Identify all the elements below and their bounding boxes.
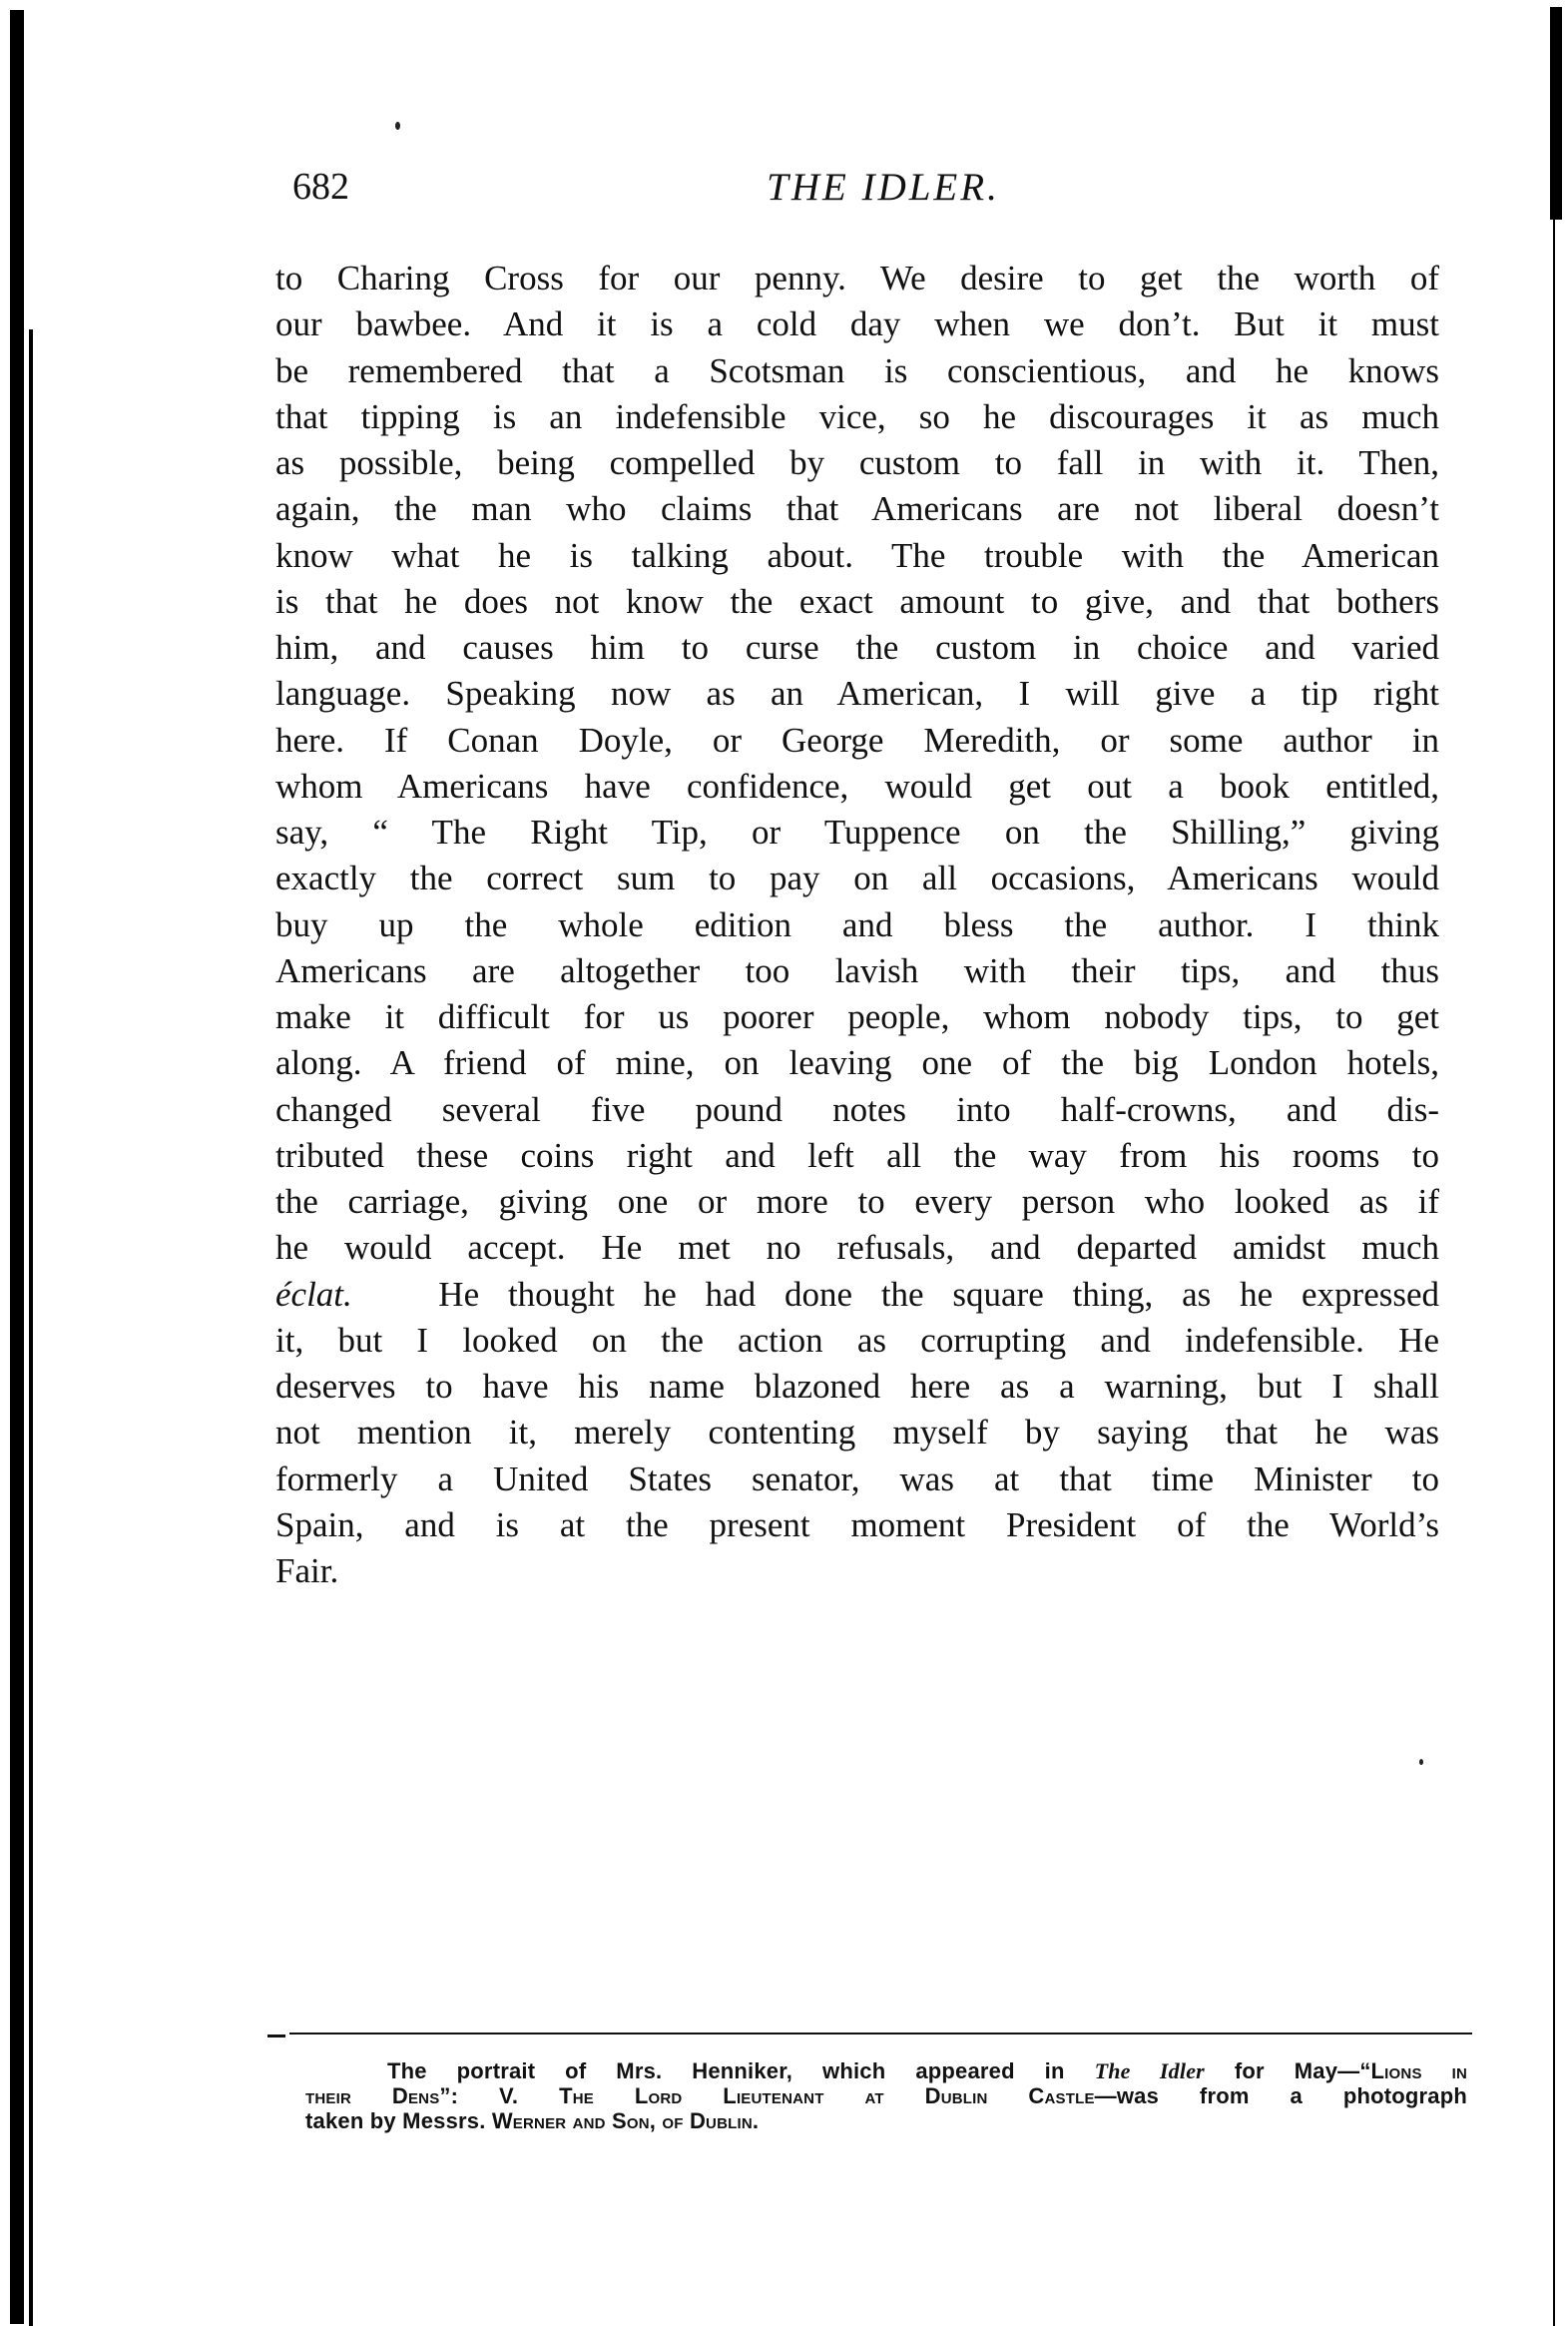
text-line: exactly the correct sum to pay on all oc… [275,856,1439,901]
scan-speck [395,122,400,130]
footnote-line: taken by Messrs. Werner and Son, of Dubl… [305,2108,1467,2133]
text-line: is that he does not know the exact amoun… [275,579,1439,625]
text-line: make it difficult for us poorer people, … [275,994,1439,1040]
text-line: he would accept. He met no refusals, and… [275,1225,1439,1271]
footnote: The portrait of Mrs. Henniker, which app… [305,2058,1467,2133]
text-line: whom Americans have confidence, would ge… [275,764,1439,810]
text-line: not mention it, merely contenting myself… [275,1410,1439,1455]
text-line: formerly a United States senator, was at… [275,1456,1439,1502]
text-line: language. Speaking now as an American, I… [275,671,1439,717]
text-line: tributed these coins right and left all … [275,1133,1439,1179]
scan-speck [1419,1759,1423,1765]
text-line: along. A friend of mine, on leaving one … [275,1040,1439,1086]
text-line: here. If Conan Doyle, or George Meredith… [275,718,1439,764]
text-line: know what he is talking about. The troub… [275,533,1439,579]
left-scan-border-thin [29,329,33,2326]
left-scan-border-thick [10,10,24,2324]
text-line: it, but I looked on the action as corrup… [275,1318,1439,1364]
text-line: him, and causes him to curse the custom … [275,625,1439,671]
text-line: our bawbee. And it is a cold day when we… [275,301,1439,347]
text-line: again, the man who claims that Americans… [275,486,1439,532]
text-line: deserves to have his name blazoned here … [275,1364,1439,1410]
running-title: THE IDLER. [284,165,1442,210]
right-scan-border-thick [1550,7,1562,220]
right-scan-border-thin [1553,220,1555,2326]
text-line-with-italic: éclat. He thought he had done the square… [275,1272,1439,1318]
text-line: buy up the whole edition and bless the a… [275,902,1439,948]
text-line: that tipping is an indefensible vice, so… [275,394,1439,440]
text-line: Americans are altogether too lavish with… [275,948,1439,994]
text-line: Spain, and is at the present moment Pres… [275,1502,1439,1548]
text-line-rest: He thought he had done the square thing,… [438,1275,1439,1314]
italic-title: The Idler [1095,2058,1205,2083]
footnote-line: The portrait of Mrs. Henniker, which app… [305,2058,1467,2083]
footnote-rule-fragment [267,2035,285,2037]
text-line: say, “ The Right Tip, or Tuppence on the… [275,810,1439,856]
page-header: 682 THE IDLER. [284,165,1442,215]
body-text: to Charing Cross for our penny. We desir… [275,256,1439,1594]
text-line: to Charing Cross for our penny. We desir… [275,256,1439,301]
text-line: Fair. [275,1548,1439,1594]
text-line: be remembered that a Scotsman is conscie… [275,348,1439,394]
text-line: changed several five pound notes into ha… [275,1087,1439,1133]
footnote-line: their Dens”: V. The Lord Lieutenant at D… [305,2083,1467,2108]
text-line: as possible, being compelled by custom t… [275,440,1439,486]
text-line: the carriage, giving one or more to ever… [275,1179,1439,1225]
italic-word: éclat. [275,1275,352,1314]
footnote-rule [289,2033,1472,2035]
